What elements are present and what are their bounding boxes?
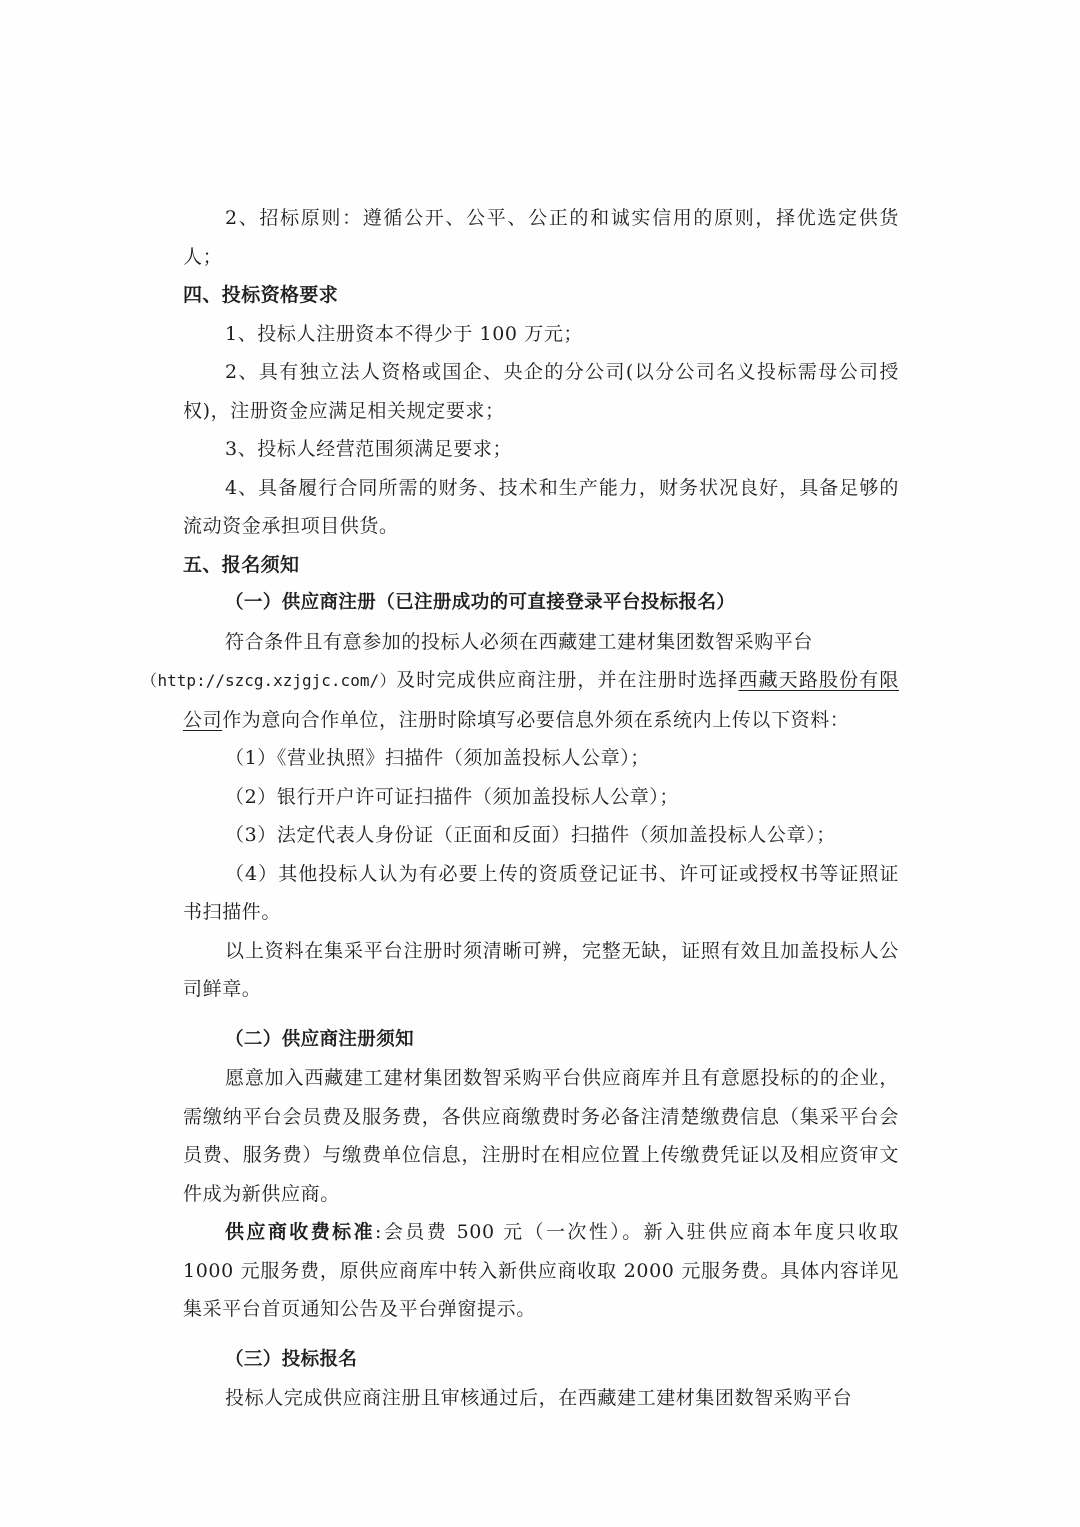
spacer: [183, 1009, 899, 1021]
fee-standard-label: 供应商收费标准: [225, 1221, 375, 1243]
material-item-1: （1）《营业执照》扫描件（须加盖投标人公章）；: [183, 739, 899, 778]
registration-intro-continued: 及时完成供应商注册，并在注册时选择: [396, 669, 738, 691]
qualification-item-4: 4、具备履行合同所需的财务、技术和生产能力，财务状况良好，具备足够的流动资金承担…: [183, 469, 899, 546]
section-heading-registration: 五、报名须知: [183, 546, 899, 585]
subsection-heading-bid-registration: （三）投标报名: [183, 1341, 899, 1380]
spacer: [183, 1329, 899, 1341]
bid-registration-paragraph: 投标人完成供应商注册且审核通过后，在西藏建工建材集团数智采购平台: [183, 1379, 899, 1418]
material-item-4: （4）其他投标人认为有必要上传的资质登记证书、许可证或授权书等证照证书扫描件。: [183, 855, 899, 932]
platform-url: （http://szcg.xzjgjc.com/）: [141, 671, 396, 690]
qualification-item-1: 1、投标人注册资本不得少于 100 万元；: [183, 315, 899, 354]
registration-intro-tail: 作为意向合作单位，注册时除填写必要信息外须在系统内上传以下资料：: [222, 709, 849, 731]
section-heading-qualifications: 四、投标资格要求: [183, 276, 899, 315]
fee-standard-paragraph: 供应商收费标准:会员费 500 元（一次性）。新入驻供应商本年度只收取 1000…: [183, 1213, 899, 1329]
registration-notice-paragraph: 愿意加入西藏建工建材集团数智采购平台供应商库并且有意愿投标的的企业，需缴纳平台会…: [183, 1059, 899, 1213]
registration-intro-paragraph: 符合条件且有意参加的投标人必须在西藏建工建材集团数智采购平台 （http://s…: [183, 623, 899, 740]
registration-intro-text: 符合条件且有意参加的投标人必须在西藏建工建材集团数智采购平台: [225, 631, 813, 653]
materials-closing-note: 以上资料在集采平台注册时须清晰可辨，完整无缺，证照有效且加盖投标人公司鲜章。: [183, 932, 899, 1009]
material-item-2: （2）银行开户许可证扫描件（须加盖投标人公章）；: [183, 778, 899, 817]
qualification-item-2: 2、具有独立法人资格或国企、央企的分公司(以分公司名义投标需母公司授权)，注册资…: [183, 353, 899, 430]
bidding-principle-item: 2、招标原则：遵循公开、公平、公正的和诚实信用的原则，择优选定供货人；: [183, 199, 899, 276]
subsection-heading-supplier-registration: （一）供应商注册（已注册成功的可直接登录平台投标报名）: [183, 584, 899, 623]
qualification-item-3: 3、投标人经营范围须满足要求；: [183, 430, 899, 469]
document-page: 2、招标原则：遵循公开、公平、公正的和诚实信用的原则，择优选定供货人； 四、投标…: [183, 199, 899, 1418]
material-item-3: （3）法定代表人身份证（正面和反面）扫描件（须加盖投标人公章）；: [183, 816, 899, 855]
subsection-heading-registration-notice: （二）供应商注册须知: [183, 1021, 899, 1060]
